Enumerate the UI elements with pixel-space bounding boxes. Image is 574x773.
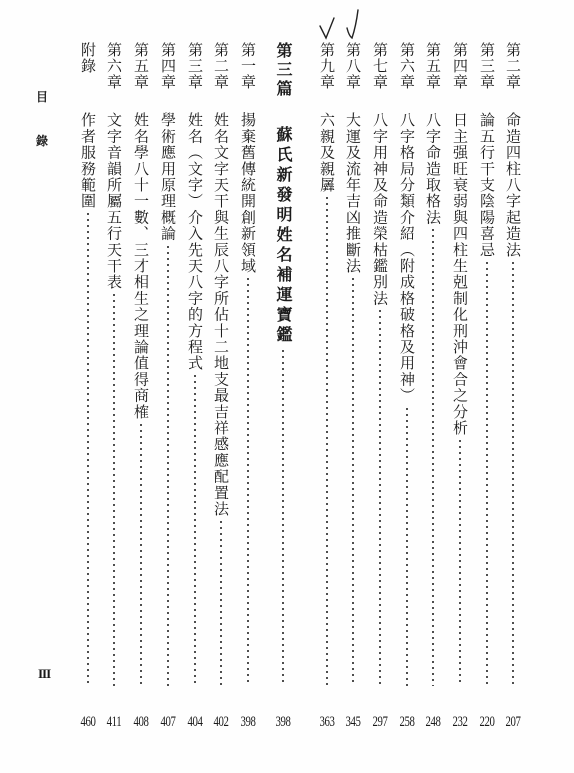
toc-page-number: 248	[422, 714, 444, 731]
toc-entry-label: 第九章	[317, 42, 337, 90]
dot-leader	[282, 348, 284, 686]
toc-entry-label: 第三篇	[273, 42, 293, 99]
toc-entry-title: 六親及親羼	[317, 112, 337, 193]
dot-leader	[379, 308, 381, 686]
toc-page-number: 345	[342, 714, 364, 731]
toc-page-number: 408	[130, 714, 152, 731]
toc-entry[interactable]: 第二章姓名文字天干與生辰八字所佔十二地支最吉祥感應配置法	[211, 42, 231, 692]
toc-page-number: 220	[476, 714, 498, 731]
toc-entry-title: 姓名︵文字︶介入先天八字的方程式	[185, 112, 205, 371]
toc-entry-label: 第五章	[131, 42, 151, 90]
toc-page-number: 363	[316, 714, 338, 731]
dot-leader	[167, 244, 169, 686]
toc-page-number: 404	[184, 714, 206, 731]
toc-page-number: 411	[103, 714, 125, 731]
toc-page-number: 460	[77, 714, 99, 731]
toc-entry-title: 蘇氏新發明姓名補運寶鑑	[273, 126, 293, 346]
toc-entry-title: 八字命造取格法	[423, 112, 443, 225]
toc-entry-title: 姓名學八十一數、三才相生之理論值得商榷	[131, 112, 151, 420]
toc-entry-title: 學術應用原理概論	[158, 112, 178, 242]
toc-entry[interactable]: 第二章命造四柱八字起造法	[503, 42, 523, 692]
toc-entry[interactable]: 附錄作者服務範圍	[78, 42, 98, 692]
toc-entry-title: 八字用神及命造榮枯鑑別法	[370, 112, 390, 306]
toc-entry-title: 姓名文字天干與生辰八字所佔十二地支最吉祥感應配置法	[211, 112, 231, 517]
toc-entry[interactable]: 第三章論五行干支陰陽喜忌	[477, 42, 497, 692]
toc-entry[interactable]: 第五章姓名學八十一數、三才相生之理論值得商榷	[131, 42, 151, 692]
dot-leader	[512, 260, 514, 686]
toc-entry-label: 第六章	[397, 42, 417, 90]
page-number: III	[38, 666, 50, 682]
toc-entry-title: 日主强旺衰弱與四柱生剋制化刑沖會合之分析	[450, 112, 470, 436]
dot-leader	[247, 276, 249, 686]
toc-page-number: 402	[210, 714, 232, 731]
toc-page-number: 398	[272, 714, 294, 731]
toc-entry[interactable]: 第四章日主强旺衰弱與四柱生剋制化刑沖會合之分析	[450, 42, 470, 692]
toc-entry[interactable]: 第八章大運及流年吉凶推斷法	[343, 42, 363, 692]
toc-entry[interactable]: 第六章八字格局分類介紹︵附成格破格及用神︶	[397, 42, 417, 692]
dot-leader	[87, 211, 89, 686]
toc-entry[interactable]: 第五章八字命造取格法	[423, 42, 443, 692]
dot-leader	[459, 438, 461, 686]
toc-entry-title: 論五行干支陰陽喜忌	[477, 112, 497, 258]
toc-entry-label: 附錄	[78, 42, 98, 74]
toc-part-entry[interactable]: 第三篇蘇氏新發明姓名補運寶鑑	[273, 42, 293, 692]
toc-entry-label: 第一章	[238, 42, 258, 90]
toc-entry[interactable]: 第九章六親及親羼	[317, 42, 337, 692]
dot-leader	[486, 260, 488, 686]
check-mark-icon	[316, 6, 338, 40]
check-mark-icon	[342, 6, 364, 40]
toc-entry-label: 第三章	[477, 42, 497, 90]
dot-leader	[326, 195, 328, 686]
toc-entry-label: 第六章	[104, 42, 124, 90]
dot-leader	[140, 422, 142, 686]
toc-page-number: 407	[157, 714, 179, 731]
toc-entry-label: 第四章	[158, 42, 178, 90]
toc-entry-title: 八字格局分類介紹︵附成格破格及用神︶	[397, 112, 417, 404]
dot-leader	[113, 292, 115, 686]
toc-entry-label: 第八章	[343, 42, 363, 90]
toc-entry-title: 揚棄舊傳統開創新領域	[238, 112, 258, 274]
toc-entry[interactable]: 第三章姓名︵文字︶介入先天八字的方程式	[185, 42, 205, 692]
toc-entry-label: 第五章	[423, 42, 443, 90]
toc-entry[interactable]: 第四章學術應用原理概論	[158, 42, 178, 692]
side-title-char-1: 目	[36, 88, 48, 105]
toc-page-number: 232	[449, 714, 471, 731]
toc-page-number: 398	[237, 714, 259, 731]
dot-leader	[220, 519, 222, 686]
side-title-char-2: 錄	[36, 132, 48, 149]
toc-entry-label: 第四章	[450, 42, 470, 90]
toc-page-number: 207	[502, 714, 524, 731]
toc-entry-label: 第七章	[370, 42, 390, 90]
toc-entry-title: 文字音韻所屬五行天干表	[104, 112, 124, 290]
toc-entry-title: 命造四柱八字起造法	[503, 112, 523, 258]
toc-entry-label: 第二章	[503, 42, 523, 90]
toc-entry-label: 第二章	[211, 42, 231, 90]
toc-entry-title: 作者服務範圍	[78, 112, 98, 209]
dot-leader	[432, 227, 434, 686]
dot-leader	[352, 276, 354, 686]
dot-leader	[406, 406, 408, 686]
toc-page-number: 297	[369, 714, 391, 731]
toc-entry[interactable]: 第七章八字用神及命造榮枯鑑別法	[370, 42, 390, 692]
toc-entry-label: 第三章	[185, 42, 205, 90]
dot-leader	[194, 373, 196, 686]
toc-page-number: 258	[396, 714, 418, 731]
toc-entry[interactable]: 第六章文字音韻所屬五行天干表	[104, 42, 124, 692]
toc-entry-title: 大運及流年吉凶推斷法	[343, 112, 363, 274]
table-of-contents-page: 目 錄 III 第二章命造四柱八字起造法207第三章論五行干支陰陽喜忌220第四…	[0, 0, 574, 773]
toc-entry[interactable]: 第一章揚棄舊傳統開創新領域	[238, 42, 258, 692]
